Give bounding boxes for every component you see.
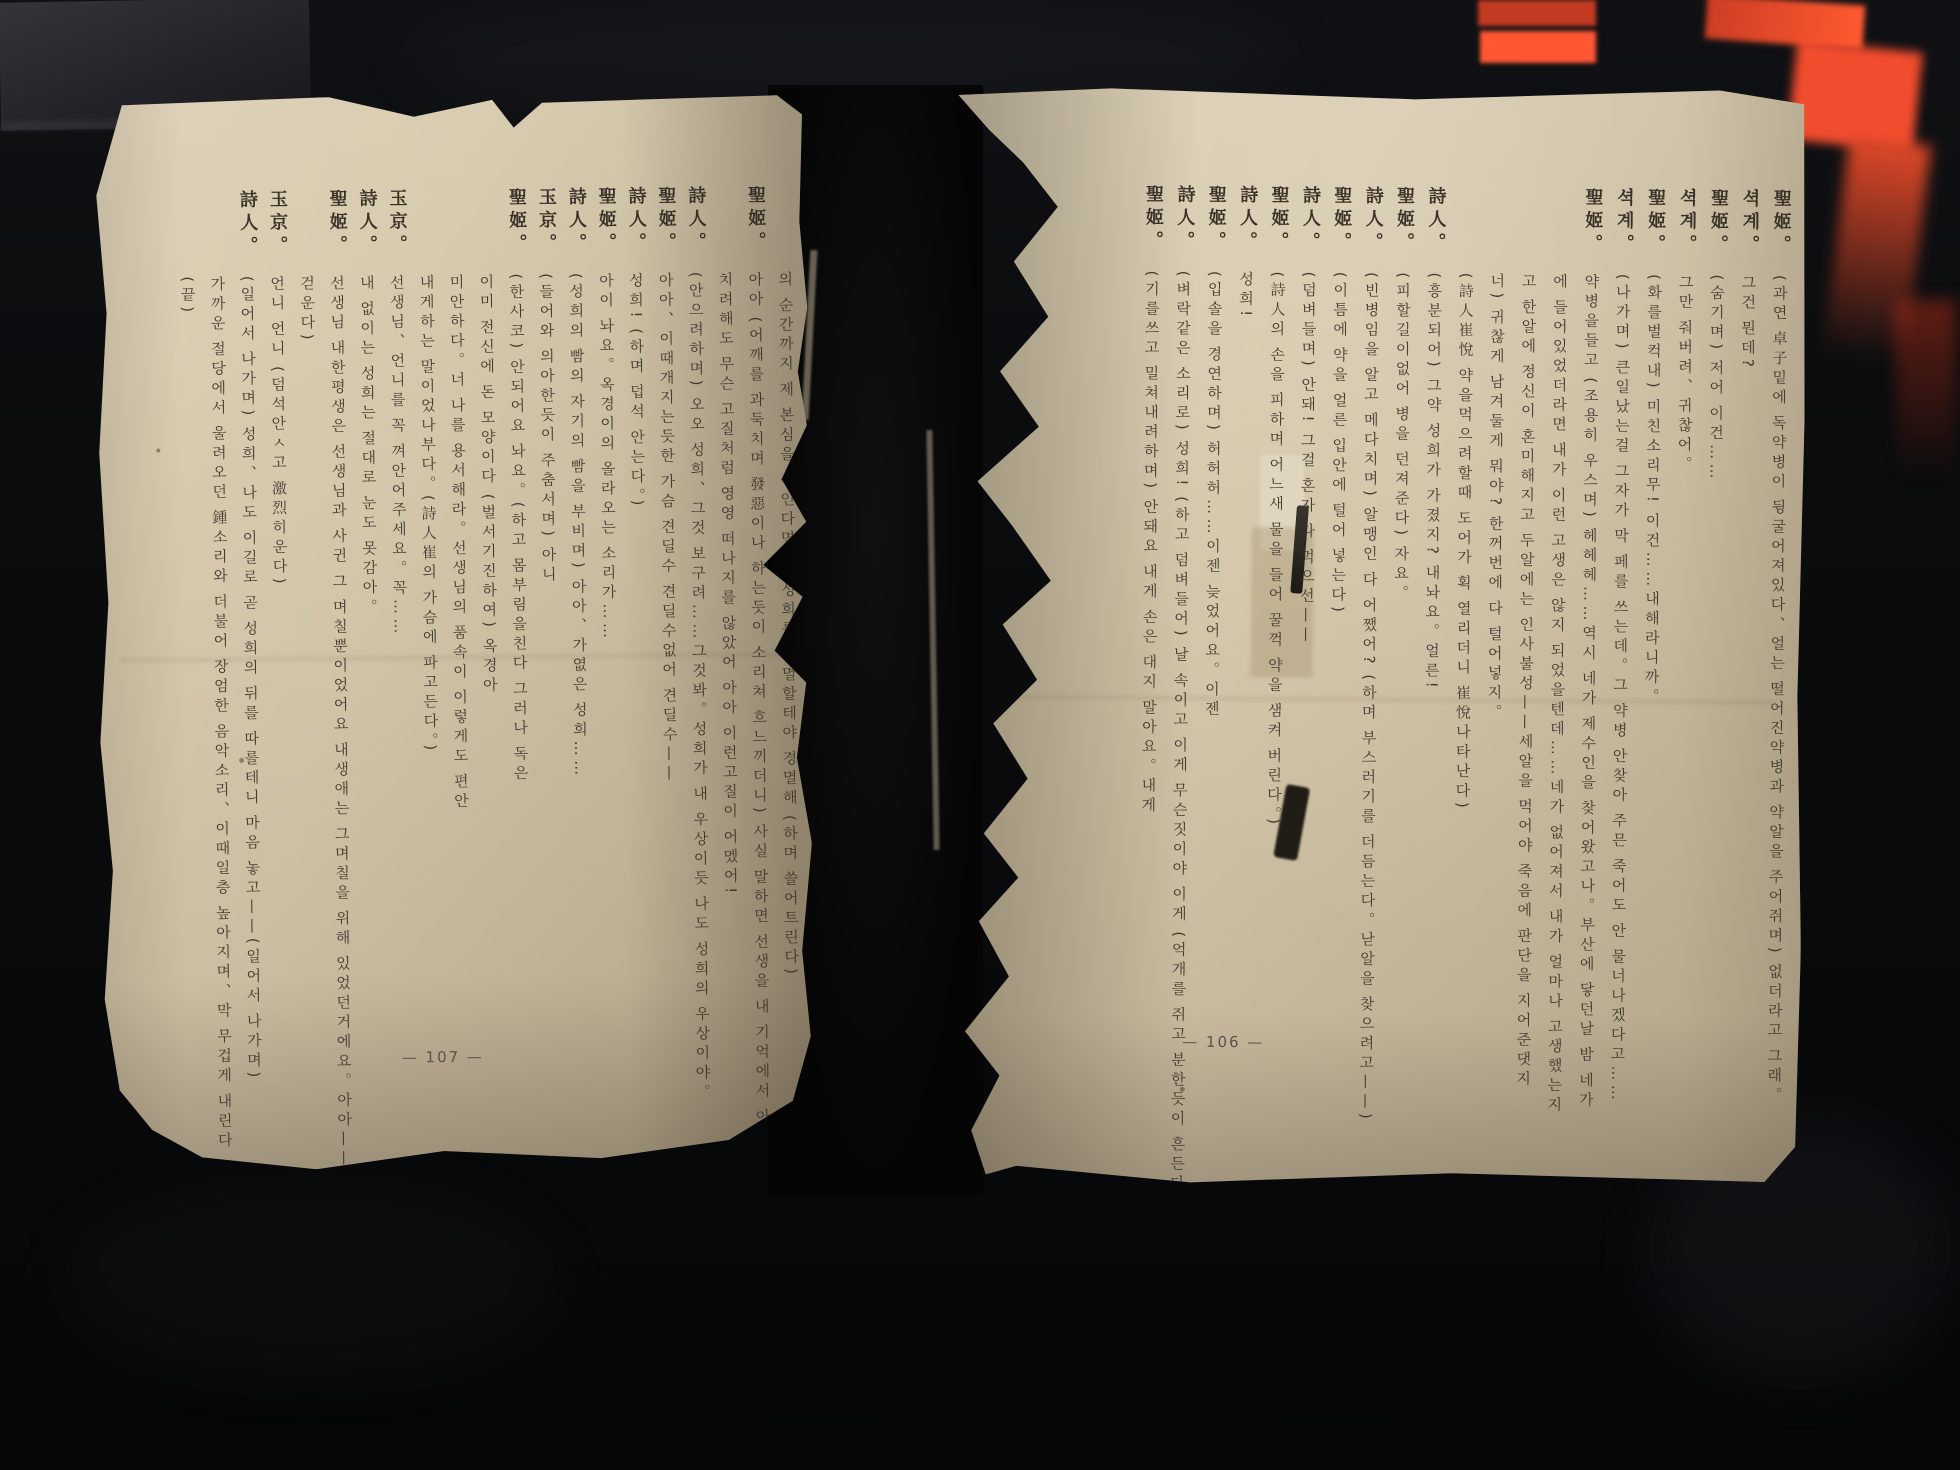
speaker-label: 聖姬。 xyxy=(652,186,679,272)
column-text: (빈병임을 알고 메다치며) 알맹인 다 어쨌어? (하며 부스러기를 더듬는다… xyxy=(1356,272,1383,1123)
column-text: (흥분되어) 그약 성희가 가졌지? 내놔요。얼른! xyxy=(1422,272,1446,692)
column-text: 성희! (하며 덥석 안는다。) xyxy=(626,272,649,510)
page-number-right: — 106 — xyxy=(1182,1033,1264,1052)
dialogue-column: 聖姬。 아이 놔요。옥경이의 올라오는 소리가…… xyxy=(595,187,621,643)
column-text: 아아 (어깨를 과둑치며 發惡이나 하는듯이 소리쳐 흐느끼더니) 사실 말하면… xyxy=(745,271,774,1212)
dialogue-column: 詩人。 (안으려하며) 오오 성희、그것 보구려……그것봐。성희가 내 우상이듯… xyxy=(684,186,714,1104)
speaker-label: 聖姬。 xyxy=(1140,184,1167,270)
speaker-label: 셕계。 xyxy=(1610,188,1637,274)
speaker-label: 聖姬。 xyxy=(503,187,530,273)
dialogue-column: 玉京。 선생님、언니를 꼭 껴안어주세요。꼭…… xyxy=(385,188,411,638)
speaker-label: 聖姬。 xyxy=(324,189,351,275)
dialogue-column: 聖姬。 아아 (어깨를 과둑치며 發惡이나 하는듯이 소리쳐 흐느끼더니) 사실… xyxy=(744,185,775,1212)
column-text: 걷운다) xyxy=(297,275,319,344)
speaker-label: 詩人。 xyxy=(1297,185,1324,271)
dialogue-column: 聖姬。 (과연 卓子밑에 독약병이 뒹굴어져있다、얼는 떨어진약병과 약알을 주… xyxy=(1764,189,1792,1106)
column-text: (詩人의 손을 피하며 어느새 물을 들어 꿀꺽 약을 샘켜 버린다。) xyxy=(1264,271,1289,828)
column-text: (숨기며) 저어 이건…… xyxy=(1706,274,1728,483)
heater-glow-streak xyxy=(1896,300,1956,480)
column-text: (詩人崔悅 약을먹으려할때 도어가 획 열리더니 崔悅나타난다) xyxy=(1452,273,1477,813)
dialogue-column: 치려해도 무슨 고질처럼 영영 떠나지를 않았어 아아 이런고질이 어멨어! xyxy=(714,186,742,898)
dialogue-column: 이미 전신에 돈 모양이다 (벌서기진하여) 옥경아 xyxy=(475,188,501,697)
speaker-label: 聖姬。 xyxy=(742,185,769,271)
dialogue-column: 셕계。 그만 줘버려、귀찮어。 xyxy=(1674,188,1698,475)
dialogue-column: 聖姬。 (화를벌컥내) 미친소리무! 이건……내해라니까。 xyxy=(1641,188,1667,708)
column-text: (기를쓰고 밀쳐내려하며) 안돼요 내게 손은 대지 말아요。내게 xyxy=(1138,270,1163,816)
column-text: 고 한알에 정신이 혼미해지고 두알에는 인사불성——세알을 먹어야 죽음에 판… xyxy=(1513,273,1540,1090)
dialogue-column: 너) 귀찮게 남겨둘게 뭐야? 한꺼번에 다 털어넣지。 xyxy=(1484,187,1510,724)
column-text: 선생님 내한평생은 선생님과 사귄 그 며칠뿐이었어요 내생애는 그며칠을 위해… xyxy=(327,275,357,1265)
speaker-label: 詩人。 xyxy=(1422,186,1449,272)
dialogue-column: 玉京。 언니 언니 (덤석안ㅅ고 激烈히운다) xyxy=(266,189,291,588)
column-text: 내게하는 말이었나부다。(詩人崔의 가슴에 파고든다。) xyxy=(417,274,442,755)
dialogue-column: 가까운 절당에서 울려오던 鍾소리와 더불어 장엄한 음악소리、이때일층 높아지… xyxy=(206,190,236,1152)
dialogue-column: 詩人。 성희! xyxy=(1235,185,1258,321)
dialogue-column: 聖姬。 아아、이때개지는듯한 가슴 견딜수 견딜수없어 견딜수—— xyxy=(654,186,681,785)
speaker-label: 聖姬。 xyxy=(1391,186,1418,272)
column-text: 에 들어있었더라면 내가 이런 고생은 않지 되었을텐데……네가 없어져서 내가… xyxy=(1544,273,1571,1116)
column-text: (입솔을 경연하며) 허허허……이젠 늦었어요。이젠 xyxy=(1202,271,1226,720)
speaker-label: 玉京。 xyxy=(383,188,410,274)
speaker-label: 詩人。 xyxy=(1234,185,1261,271)
column-text: 아이 놔요。옥경이의 올라오는 소리가…… xyxy=(596,273,620,643)
column-text: 성희! xyxy=(1236,271,1257,321)
dialogue-column: 玉京。 (들어와 의아한듯이 주춤서며) 아니 xyxy=(535,187,560,586)
dialogue-column: 聖姬。 (입솔을 경연하며) 허허허……이젠 늦었어요。이젠 xyxy=(1201,185,1227,720)
table-reflection xyxy=(60,1180,560,1380)
speaker-label: 聖姬。 xyxy=(1705,188,1732,274)
dialogue-column: 고 한알에 정신이 혼미해지고 두알에는 인사불성——세알을 먹어야 죽음에 판… xyxy=(1513,187,1541,1090)
dialogue-column: 詩人。 (벼락같은 소리로) 성희! (하고 덤벼들어) 날 속이고 이게 무슨… xyxy=(1166,185,1195,1217)
column-text: 언니 언니 (덤석안ㅅ고 激烈히운다) xyxy=(267,275,291,588)
speaker-label xyxy=(187,190,188,276)
dialogue-column: 聖姬。 (이틈에 약을 얼른 입안에 털어 넣는다) xyxy=(1327,186,1352,617)
speaker-label xyxy=(456,188,457,274)
column-text: 그만 줘버려、귀찮어。 xyxy=(1674,274,1696,475)
column-text: 너) 귀찮게 남겨둘게 뭐야? 한꺼번에 다 털어넣지。 xyxy=(1484,273,1508,724)
column-text: 내 없이는 성희는 절대로 눈도 못감아。 xyxy=(357,275,381,619)
dialogue-column: 미안하다。너 나를 용서해라。선생님의 품속이 이렇게도 편안 xyxy=(445,188,472,813)
speaker-label: 詩人。 xyxy=(234,190,261,276)
speaker-label: 詩人。 xyxy=(353,189,380,275)
page-number-left: — 107 — xyxy=(402,1048,484,1067)
dialogue-column: 詩人。 (빈병임을 알고 메다치며) 알맹인 다 어쨌어? (하며 부스러기를 … xyxy=(1355,186,1384,1123)
dialogue-column: 聖姬。 (기를쓰고 밀쳐내려하며) 안돼요 내게 손은 대지 말아요。내게 xyxy=(1138,184,1164,816)
text-columns-left-page: 의 순간까지 제 본심을 속인다면 난 성희를 경멸할테야 경멸해 (하며 쓸어… xyxy=(176,185,805,1266)
heater-glow-streak xyxy=(1823,136,1931,364)
column-text: (한사코) 안되어요 놔요。(하고 몸부림을친다 그러나 독은 xyxy=(506,273,531,784)
column-text: (벼락같은 소리로) 성희! (하고 덤벼들어) 날 속이고 이게 무슨짓이야 … xyxy=(1167,271,1195,1217)
dialogue-column: 詩人。 (성희의 빰의 자기의 빰을 부비며) 아아、가엾은 성희…… xyxy=(565,187,592,780)
column-text: (안으려하며) 오오 성희、그것 보구려……그것봐。성희가 내 우상이듯 나도 … xyxy=(686,272,714,1104)
column-text: (화를벌컥내) 미친소리무! 이건……내해라니까。 xyxy=(1641,274,1665,708)
column-text: 미안하다。너 나를 용서해라。선생님의 품속이 이렇게도 편안 xyxy=(446,274,472,813)
speaker-label xyxy=(307,189,308,275)
dialogue-column: 셕계。 그건 뭔데? xyxy=(1737,189,1760,372)
dialogue-column: 에 들어있었더라면 내가 이런 고생은 않지 되었을텐데……네가 없어져서 내가… xyxy=(1544,187,1572,1116)
paper-speck xyxy=(156,449,160,453)
speaker-label: 詩人。 xyxy=(1359,186,1386,272)
book-page-107: 의 순간까지 제 본심을 속인다면 난 성희를 경멸할테야 경멸해 (하며 쓸어… xyxy=(93,93,814,1171)
speaker-label: 聖姬。 xyxy=(1642,188,1669,274)
column-text: 선생님、언니를 꼭 껴안어주세요。꼭…… xyxy=(387,274,411,638)
dialogue-column: 셕계。 (나가며) 큰일났는걸 그자가 막 페를 쓰는데。그 약병 안찾아 주믄… xyxy=(1607,188,1635,1105)
heater-glow-streak xyxy=(1787,40,1923,153)
dialogue-column: 詩人。 (일어서 나가며) 성희、나도 이길로 곧 성희의 뒤를 따를테니 마음… xyxy=(236,190,266,1082)
column-text: 아아、이때개지는듯한 가슴 견딜수 견딜수없어 견딜수—— xyxy=(656,272,681,785)
dialogue-column: 詩人。 내 없이는 성희는 절대로 눈도 못감아。 xyxy=(355,189,381,619)
column-text: (과연 卓子밑에 독약병이 뒹굴어져있다、얼는 떨어진약병과 약알을 주어쥐며)… xyxy=(1764,275,1791,1106)
column-text: 그건 뭔데? xyxy=(1738,275,1760,372)
column-text: (피할길이없어 병을 던져준다) 자요。 xyxy=(1391,272,1414,604)
column-text: 약병을들고 (조용히 우스며) 헤헤헤……역시 네가 제수인을 찾어왔고나。부산… xyxy=(1576,273,1603,1111)
speaker-label xyxy=(1498,187,1499,273)
speaker-label xyxy=(725,186,726,272)
speaker-label: 詩人。 xyxy=(682,186,709,272)
speaker-label xyxy=(1529,187,1530,273)
column-text: (이틈에 약을 얼른 입안에 털어 넣는다) xyxy=(1328,272,1351,617)
speaker-label: 玉京。 xyxy=(533,187,560,273)
column-text: (덤벼들며) 안돼! 그걸 혼자 다 먹으선—— xyxy=(1296,272,1320,647)
heater-glow-streak xyxy=(1705,0,1866,49)
speaker-label: 聖姬。 xyxy=(1328,186,1355,272)
speaker-label: 聖姬。 xyxy=(1767,189,1794,275)
column-text: (나가며) 큰일났는걸 그자가 막 페를 쓰는데。그 약병 안찾아 주믄 죽어도… xyxy=(1607,274,1634,1105)
speaker-label xyxy=(217,190,218,276)
speaker-label: 聖姬。 xyxy=(1265,185,1292,271)
dialogue-column: 聖姬。 (한사코) 안되어요 놔요。(하고 몸부림을친다 그러나 독은 xyxy=(505,187,532,784)
speaker-label: 聖姬。 xyxy=(1579,187,1606,273)
speaker-label: 聖姬。 xyxy=(1202,185,1229,271)
dialogue-column: 聖姬。 (숨기며) 저어 이건…… xyxy=(1705,188,1729,483)
dialogue-column: 聖姬。 (詩人의 손을 피하며 어느새 물을 들어 꿀꺽 약을 샘켜 버린다。) xyxy=(1263,185,1289,828)
dialogue-column: (끝) xyxy=(176,190,199,316)
speaker-label xyxy=(486,188,487,274)
speaker-label: 詩人。 xyxy=(563,187,590,273)
heater-glow-streak xyxy=(1478,0,1596,26)
dialogue-column: 詩人。 성희! (하며 덥석 안는다。) xyxy=(624,186,649,510)
column-text: 이미 전신에 돈 모양이다 (벌서기진하여) 옥경아 xyxy=(476,274,501,697)
photo-of-open-book: 의 순간까지 제 본심을 속인다면 난 성희를 경멸할테야 경멸해 (하며 쓸어… xyxy=(0,0,1960,1470)
dialogue-column: 詩人。 (덤벼들며) 안돼! 그걸 혼자 다 먹으선—— xyxy=(1296,186,1321,647)
speaker-label: 셕계。 xyxy=(1736,189,1763,275)
column-text: (성희의 빰의 자기의 빰을 부비며) 아아、가엾은 성희…… xyxy=(566,273,591,780)
speaker-label xyxy=(426,188,427,274)
column-text: 가까운 절당에서 울려오던 鍾소리와 더불어 장엄한 음악소리、이때일층 높아지… xyxy=(207,276,236,1152)
heater-glow-streak xyxy=(1480,31,1596,63)
dialogue-column: 걷운다) xyxy=(296,189,319,344)
dialogue-column: 詩人。 (흥분되어) 그약 성희가 가졌지? 내놔요。얼른! xyxy=(1421,186,1447,692)
dialogue-column: 聖姬。 약병을들고 (조용히 우스며) 헤헤헤……역시 네가 제수인을 찾어왔고… xyxy=(1575,187,1603,1111)
book-page-106: 聖姬。 (과연 卓子밑에 독약병이 뒹굴어져있다、얼는 떨어진약병과 약알을 주… xyxy=(929,85,1807,1191)
speaker-label: 詩人。 xyxy=(1171,185,1198,271)
text-columns-right-page: 聖姬。 (과연 卓子밑에 독약병이 뒹굴어져있다、얼는 떨어진약병과 약알을 주… xyxy=(1135,184,1792,1221)
column-text: (들어와 의아한듯이 주춤서며) 아니 xyxy=(536,273,560,586)
speaker-label xyxy=(1561,187,1562,273)
column-text: (끝) xyxy=(177,276,198,316)
speaker-label: 詩人。 xyxy=(622,186,649,272)
dialogue-column: 聖姬。 선생님 내한평생은 선생님과 사귄 그 며칠뿐이었어요 내생애는 그며칠… xyxy=(326,189,357,1265)
column-text: 치려해도 무슨 고질처럼 영영 떠나지를 않았어 아아 이런고질이 어멨어! xyxy=(715,272,741,898)
speaker-label xyxy=(785,185,786,271)
dialogue-column: (詩人崔悅 약을먹으려할때 도어가 획 열리더니 崔悅나타난다) xyxy=(1452,187,1478,813)
speaker-label: 聖姬。 xyxy=(593,187,620,273)
column-text: (일어서 나가며) 성희、나도 이길로 곧 성희의 뒤를 따를테니 마음 놓고—… xyxy=(237,276,265,1082)
speaker-label: 玉京。 xyxy=(264,189,291,275)
dialogue-column: 내게하는 말이었나부다。(詩人崔의 가슴에 파고든다。) xyxy=(415,188,442,755)
speaker-label xyxy=(1466,187,1467,273)
speaker-label: 셕계。 xyxy=(1673,188,1700,274)
dialogue-column: 聖姬。 (피할길이없어 병을 던져준다) 자요。 xyxy=(1390,186,1415,604)
